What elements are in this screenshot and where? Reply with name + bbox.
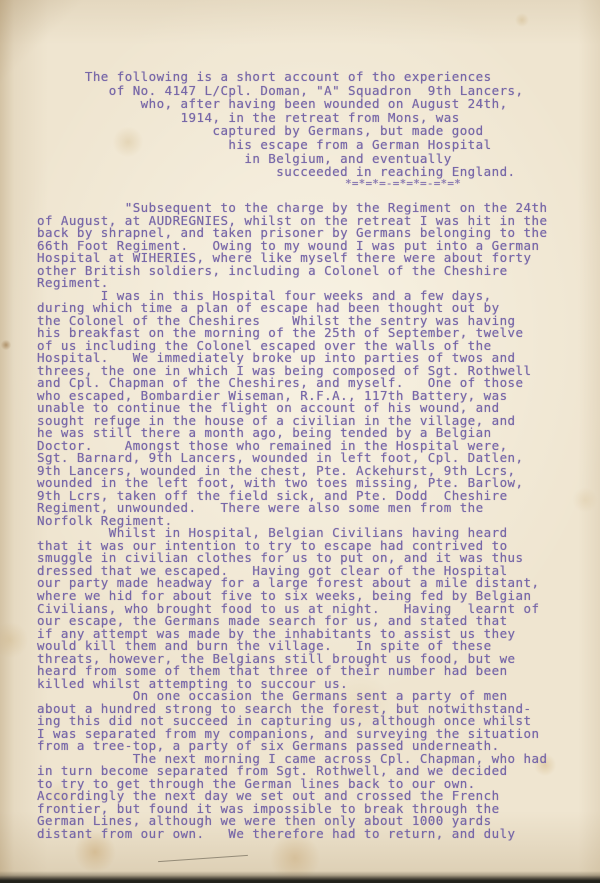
document-heading: The following is a short account of tho …: [37, 70, 524, 179]
text-line: distant from our own. We therefore had t…: [37, 828, 547, 841]
typewritten-document-page: The following is a short account of tho …: [0, 0, 600, 883]
text-line: captured by Germans, but made good: [37, 124, 524, 138]
text-line: in Belgium, and eventually: [37, 152, 524, 166]
text-line: who, after having been wounded on August…: [37, 97, 524, 111]
text-line: of No. 4147 L/Cpl. Doman, "A" Squadron 9…: [37, 84, 524, 98]
text-line: other British soldiers, including a Colo…: [37, 265, 547, 278]
text-line: his escape from a German Hospital: [37, 138, 524, 152]
document-body: "Subsequent to the charge by the Regimen…: [37, 202, 547, 840]
photo-bottom-edge: [0, 871, 600, 883]
text-line: 1914, in the retreat from Mons, was: [37, 111, 524, 125]
ornament-divider: *=*=*=-=*=*=-=*=*: [345, 177, 461, 190]
text-line: The following is a short account of tho …: [37, 70, 524, 84]
